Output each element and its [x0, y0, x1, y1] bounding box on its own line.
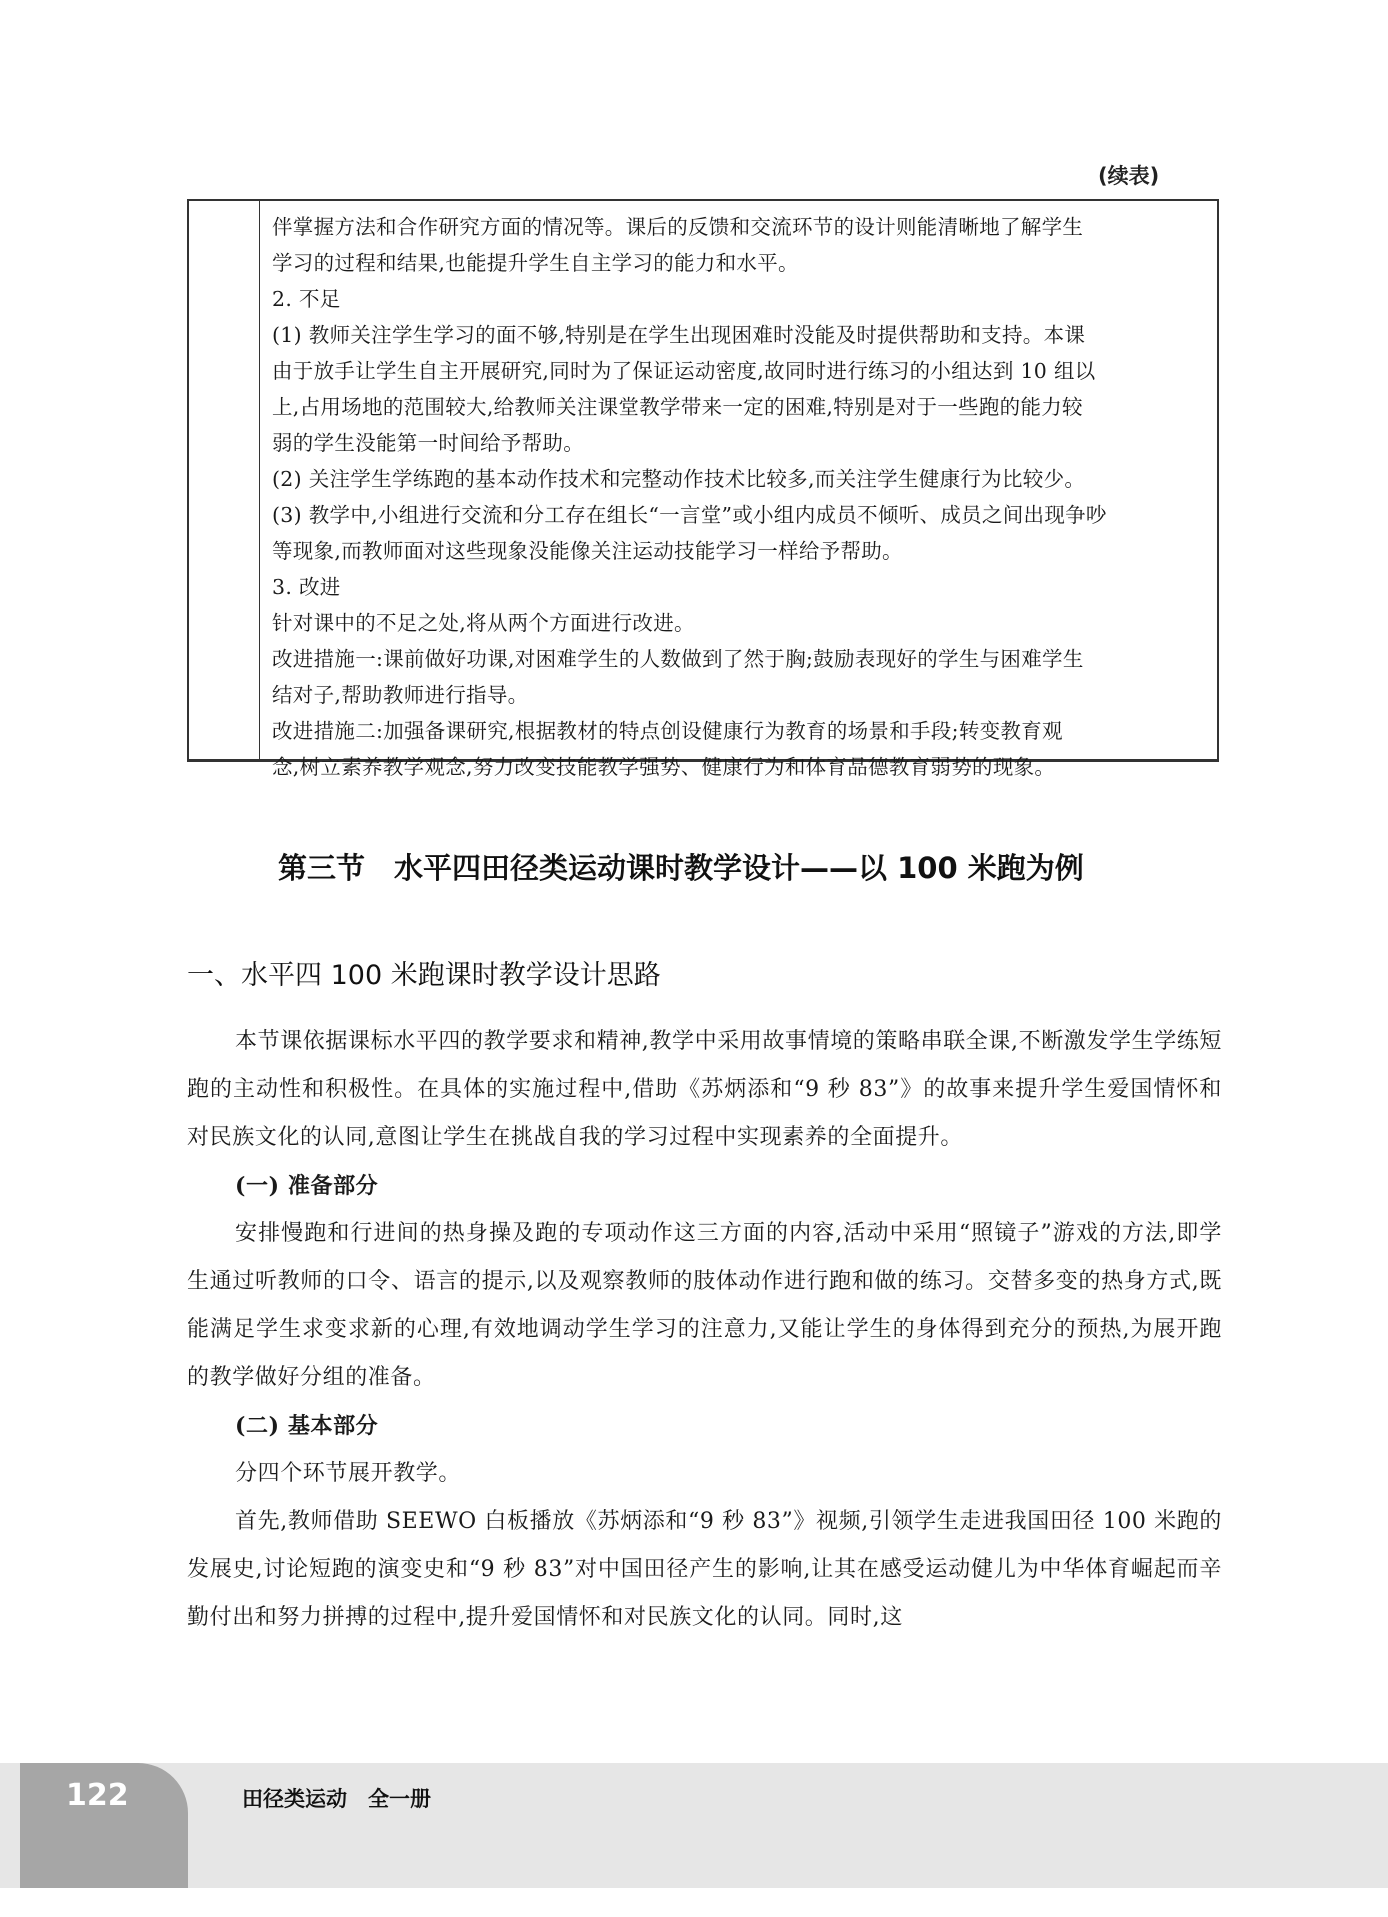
- table-line: 念,树立素养教学观念,努力改变技能教学强势、健康行为和体育品德教育弱势的现象。: [272, 749, 1207, 785]
- table-line: 由于放手让学生自主开展研究,同时为了保证运动密度,故同时进行练习的小组达到 10…: [272, 353, 1207, 389]
- table-line: (3) 教学中,小组进行交流和分工存在组长“一言堂”或小组内成员不倾听、成员之间…: [272, 497, 1207, 533]
- part2-intro: 分四个环节展开教学。: [187, 1450, 1222, 1498]
- intro-paragraph: 本节课依据课标水平四的教学要求和精神,教学中采用故事情境的策略串联全课,不断激发…: [187, 1018, 1222, 1162]
- table-line: 改进措施二:加强备课研究,根据教材的特点创设健康行为教育的场景和手段;转变教育观: [272, 713, 1207, 749]
- table-line: 结对子,帮助教师进行指导。: [272, 677, 1207, 713]
- book-title: 田径类运动 全一册: [242, 1783, 431, 1813]
- table-line: 针对课中的不足之处,将从两个方面进行改进。: [272, 605, 1207, 641]
- table-line: 等现象,而教师面对这些现象没能像关注运动技能学习一样给予帮助。: [272, 533, 1207, 569]
- part1-heading: (一) 准备部分: [187, 1162, 1222, 1210]
- sub-heading: 一、水平四 100 米跑课时教学设计思路: [187, 953, 661, 992]
- footer-band: [0, 1763, 1388, 1888]
- table-line: (2) 关注学生学练跑的基本动作技术和完整动作技术比较多,而关注学生健康行为比较…: [272, 461, 1207, 497]
- page-number: 122: [66, 1778, 129, 1813]
- continued-table-label: (续表): [1098, 160, 1159, 190]
- part2-heading: (二) 基本部分: [187, 1402, 1222, 1450]
- table-line: 3. 改进: [272, 569, 1207, 605]
- table-line: 2. 不足: [272, 281, 1207, 317]
- body-text: 本节课依据课标水平四的教学要求和精神,教学中采用故事情境的策略串联全课,不断激发…: [187, 1018, 1222, 1642]
- table-line: (1) 教师关注学生学习的面不够,特别是在学生出现困难时没能及时提供帮助和支持。…: [272, 317, 1207, 353]
- section-title: 第三节 水平四田径类运动课时教学设计——以 100 米跑为例: [278, 846, 1084, 887]
- table-content-cell: 伴掌握方法和合作研究方面的情况等。课后的反馈和交流环节的设计则能清晰地了解学生 …: [272, 209, 1207, 785]
- table-line: 伴掌握方法和合作研究方面的情况等。课后的反馈和交流环节的设计则能清晰地了解学生: [272, 209, 1207, 245]
- table-column-divider: [259, 201, 260, 759]
- part1-paragraph: 安排慢跑和行进间的热身操及跑的专项动作这三方面的内容,活动中采用“照镜子”游戏的…: [187, 1210, 1222, 1402]
- table-line: 上,占用场地的范围较大,给教师关注课堂教学带来一定的困难,特别是对于一些跑的能力…: [272, 389, 1207, 425]
- part2-paragraph: 首先,教师借助 SEEWO 白板播放《苏炳添和“9 秒 83”》视频,引领学生走…: [187, 1498, 1222, 1642]
- table-line: 改进措施一:课前做好功课,对困难学生的人数做到了然于胸;鼓励表现好的学生与困难学…: [272, 641, 1207, 677]
- table-line: 学习的过程和结果,也能提升学生自主学习的能力和水平。: [272, 245, 1207, 281]
- continued-table: 伴掌握方法和合作研究方面的情况等。课后的反馈和交流环节的设计则能清晰地了解学生 …: [187, 199, 1219, 762]
- table-line: 弱的学生没能第一时间给予帮助。: [272, 425, 1207, 461]
